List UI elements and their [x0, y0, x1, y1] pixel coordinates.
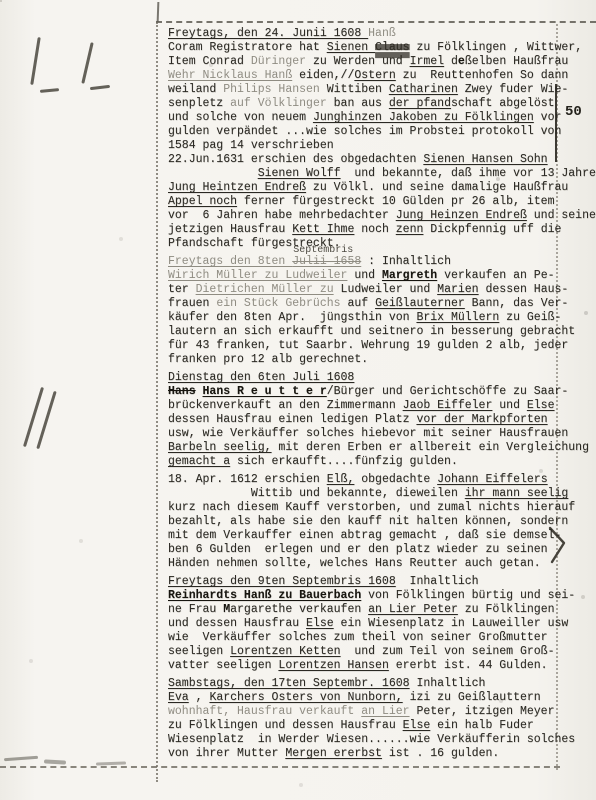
text-line: von ihrer Mutter Mergen ererbst ist . 16… [168, 747, 596, 761]
text-segment: wie Verkäuffer solches zum theil von sei… [168, 631, 548, 644]
text-segment: Peter, itzigen Meyer [410, 705, 555, 718]
text-segment: bezahlt, als habe sie den kauff nit halt… [168, 515, 568, 528]
text-segment: Coram Registratore hat [168, 41, 327, 54]
text-segment: Kett Ihme [292, 223, 354, 236]
document-text: Freytags, den 24. Junii 1608 HanßCoram R… [168, 27, 596, 765]
text-line: Wiesenplatz in Werder Wiesen......wie Ve… [168, 733, 596, 747]
text-segment: gemacht a [168, 455, 230, 468]
text-segment: 18. Apr. 1612 erschien [168, 473, 327, 486]
text-segment: ein Stück Gebrüchs [216, 297, 340, 310]
text-segment: ben 6 Gulden erlegen und er den platz wi… [168, 543, 548, 556]
margin-mark-dash [40, 88, 59, 93]
text-segment: wohnhaft, Hausfrau verkauft [168, 705, 361, 718]
text-segment: ban aus [327, 97, 389, 110]
text-segment: /Bürger und Gerichtschöffe zu Saar- [327, 385, 569, 398]
text-segment: Junghinzen Jakoben zu Fölklingen [313, 111, 534, 124]
text-segment: Else [306, 617, 334, 630]
text-segment: Claus [375, 41, 410, 54]
section: Freytags den 8ten SeptembrisJulii 1658 :… [168, 255, 596, 367]
text-segment: zu Fölklingen [458, 603, 555, 616]
text-line: Pfandschaft fürgestreckt. [168, 237, 596, 251]
text-segment: e [458, 55, 465, 68]
text-segment: Sienen Wolff [258, 167, 341, 180]
text-segment: Freytags, den 24. Junii 1608 [168, 27, 368, 40]
text-segment: , [189, 691, 210, 704]
bottom-smudge [96, 761, 126, 765]
text-line: Coram Registratore hat Sienen Claus zu F… [168, 41, 596, 55]
text-segment: d [444, 55, 458, 68]
text-segment: Item Conrad [168, 55, 251, 68]
text-line: Hans Hans R e u t t e r/Bürger und Geric… [168, 385, 596, 399]
text-line: Freytags den 8ten SeptembrisJulii 1658 :… [168, 255, 596, 269]
paper-speckles [0, 0, 2, 2]
text-segment: Else [403, 719, 431, 732]
text-segment: und [347, 269, 382, 282]
text-segment: Appel noch [168, 195, 237, 208]
text-segment [168, 487, 251, 500]
text-segment: Ludweiler und [334, 283, 438, 296]
text-segment: kurz nach diesem Kauff verstorben, und z… [168, 501, 575, 514]
text-line: gemacht a sich erkaufft....fünfzig gulde… [168, 455, 596, 469]
text-segment: ferner fürgestreckt 10 Gülden pr 26 alb,… [237, 195, 554, 208]
text-segment [168, 167, 258, 180]
bottom-border-line [0, 766, 560, 768]
text-segment: seeligen [168, 645, 230, 658]
text-line: Jung Heintzen Endreß zu Völkl. und seine… [168, 181, 596, 195]
text-segment: Mergen ererbst [285, 747, 382, 760]
margin-mark-stroke [81, 42, 93, 84]
text-segment: Sienen Hansen Sohn [423, 153, 547, 166]
text-segment: Düringer [251, 55, 306, 68]
text-segment: Barbeln seelig, [168, 441, 272, 454]
text-line: Wittib und bekannte, dieweilen ihr mann … [168, 487, 596, 501]
text-line: usw, wie Verkäuffer solches hiebevor mit… [168, 427, 596, 441]
bottom-smudge [44, 759, 66, 764]
text-line: Wirich Müller zu Ludweiler und Margreth … [168, 269, 596, 283]
text-line: 18. Apr. 1612 erschien Elß, obgedachte J… [168, 473, 596, 487]
text-segment: izi zu Geißlauttern [403, 691, 541, 704]
text-segment: und zum Teil von seinem Groß- [341, 645, 555, 658]
text-line: bezahlt, als habe sie den kauff nit halt… [168, 515, 596, 529]
text-segment: Karchers Osters von Nunborn, [209, 691, 402, 704]
text-line: Freytags den 9ten Septembris 1608 Inhalt… [168, 575, 596, 589]
text-segment: Sienen [327, 41, 375, 54]
text-line: Freytags, den 24. Junii 1608 Hanß [168, 27, 596, 41]
text-segment: und dessen Hausfrau [168, 617, 306, 630]
text-segment: Elß, [327, 473, 355, 486]
text-segment: usw, wie Verkäuffer solches hiebevor mit… [168, 427, 568, 440]
text-segment: schaft abgelöst [451, 97, 555, 110]
text-segment: Geißlauterner [375, 297, 465, 310]
text-segment: dessen Hausfrau einen ledigen Platz [168, 413, 416, 426]
text-segment: Johann Eiffelers [437, 473, 547, 486]
text-segment: 1584 pag 14 verschrieben [168, 139, 334, 152]
text-segment: gulden verpändet ...wie solches im Probs… [168, 125, 561, 138]
text-segment: vatter seeligen [168, 659, 278, 672]
text-segment: dessen Haus- [479, 283, 569, 296]
text-segment: ter [168, 283, 196, 296]
text-segment: und seine [527, 209, 596, 222]
text-segment: lautern an sich erkaufft und seitnero in… [168, 325, 575, 338]
text-segment: für 43 franken, tut Saarbr. Wehrung 19 g… [168, 339, 568, 352]
text-segment: zu Fölklingen und dessen Hausfrau [168, 719, 403, 732]
text-segment: käufer den 8ten Apr. jüngsthin von [168, 311, 416, 324]
text-line: jetzigen Hausfrau Kett Ihme noch zenn Di… [168, 223, 596, 237]
text-segment: zu Völkl. und seine damalige Haußfrau [306, 181, 568, 194]
text-line: 1584 pag 14 verschrieben [168, 139, 596, 153]
text-segment: Philips Hansen [223, 83, 320, 96]
text-segment: brückenverkauft an den Zimmermann [168, 399, 403, 412]
text-segment: Lorentzen Hansen [278, 659, 388, 672]
text-segment: Bann, das Ver- [465, 297, 569, 310]
text-segment: ein Wiesenplatz in Lauweiller usw [334, 617, 569, 630]
text-line: ben 6 Gulden erlegen und er den platz wi… [168, 543, 596, 557]
text-segment: Inhaltlich [396, 575, 479, 588]
text-segment: Else [527, 399, 555, 412]
text-line: käufer den 8ten Apr. jüngsthin von Brix … [168, 311, 596, 325]
text-line: senpletz auf Völklinger ban aus der pfan… [168, 97, 596, 111]
text-segment: auf Völklinger [230, 97, 327, 110]
section: Dienstag den 6ten Juli 1608Hans Hans R e… [168, 371, 596, 469]
text-segment: Inhaltlich [410, 677, 486, 690]
text-line: dessen Hausfrau einen ledigen Platz vor … [168, 413, 596, 427]
text-segment: mit deren Erben er allbereit ein Verglei… [272, 441, 589, 454]
text-segment: Wirich Müller zu Ludweiler [168, 269, 347, 282]
scanned-document-page: 50 Freytags, den 24. Junii 1608 HanßCora… [0, 0, 596, 800]
text-segment: ererbt ist. 44 Gulden. [389, 659, 548, 672]
text-segment: Irmel [410, 55, 445, 68]
text-segment: ne Frau [168, 603, 223, 616]
text-line: vor 6 Jahren habe mehrbedachter Jung Hei… [168, 209, 596, 223]
text-segment: auf [341, 297, 376, 310]
text-segment: Wittib und bekannte, dieweilen [251, 487, 465, 500]
text-segment: vor 6 Jahren habe mehrbedachter [168, 209, 396, 222]
corner-tick-mark [157, 2, 160, 22]
text-segment: Dickpfennig uff die [423, 223, 561, 236]
text-line: für 43 franken, tut Saarbr. Wehrung 19 g… [168, 339, 596, 353]
text-segment: sich erkaufft....fünfzig gulden. [230, 455, 458, 468]
text-line: Dienstag den 6ten Juli 1608 [168, 371, 596, 385]
text-line: vatter seeligen Lorentzen Hansen ererbt … [168, 659, 596, 673]
text-line: und solche von neuem Junghinzen Jakoben … [168, 111, 596, 125]
text-line: zu Fölklingen und dessen Hausfrau Else e… [168, 719, 596, 733]
text-segment: Inhaltlich [382, 255, 451, 268]
text-segment: Dienstag den 6ten Juli 1608 [168, 371, 354, 384]
text-segment: vor der Markpforten [416, 413, 547, 426]
text-line: ne Frau Margarethe verkaufen an Lier Pet… [168, 603, 596, 617]
text-segment: ist . 16 gulden. [382, 747, 499, 760]
text-segment: ßelben Haußfrau [465, 55, 569, 68]
text-segment: an Lier [361, 705, 409, 718]
text-segment: an Lier Peter [368, 603, 458, 616]
text-segment: Händen nehmen sollte, welches Hans Reutt… [168, 557, 541, 570]
text-segment: Eva [168, 691, 189, 704]
text-line: und dessen Hausfrau Else ein Wiesenplatz… [168, 617, 596, 631]
text-segment: Freytags den 9ten Septembris 1608 [168, 575, 396, 588]
text-segment: Brix Müllern [416, 311, 499, 324]
text-segment: Marien [437, 283, 478, 296]
left-border-line [156, 22, 158, 782]
text-segment [196, 385, 203, 398]
text-line: Wehr Nicklaus Hanß eiden,//Ostern zu Reu… [168, 69, 596, 83]
text-segment: zu Geiß- [499, 311, 561, 324]
text-segment: Hans R e u t t e r [203, 385, 327, 398]
text-segment: ihr mann seelig [465, 487, 569, 500]
text-segment: mit dem Verkauffer einen abtrag gemacht … [168, 529, 561, 542]
text-segment: vor [534, 111, 562, 124]
text-segment: Ostern [354, 69, 395, 82]
text-line: Appel noch ferner fürgestreckt 10 Gülden… [168, 195, 596, 209]
text-line: gulden verpändet ...wie solches im Probs… [168, 125, 596, 139]
text-segment: Margreth [382, 269, 437, 282]
section: Freytags, den 24. Junii 1608 HanßCoram R… [168, 27, 596, 251]
top-border-line [156, 21, 596, 23]
text-segment: Jung Heinzen Endreß [396, 209, 527, 222]
text-segment: frauen [168, 297, 216, 310]
text-segment: zu Fölklingen , Wittwer, [410, 41, 583, 54]
text-line: weiland Philips Hansen Wittiben Catharin… [168, 83, 596, 97]
text-line: ter Dietrichen Müller zu Ludweiler und M… [168, 283, 596, 297]
text-segment: der pfand [389, 97, 451, 110]
text-line: 22.Jun.1631 erschien des obgedachten Sie… [168, 153, 596, 167]
text-segment: franken pro 12 alb gerechnet. [168, 353, 368, 366]
text-line: seeligen Lorentzen Ketten und zum Teil v… [168, 645, 596, 659]
text-segment: Wittiben [320, 83, 389, 96]
text-segment: ein halb Fuder [430, 719, 534, 732]
text-line: Item Conrad Düringer zu Werden und Irmel… [168, 55, 596, 69]
text-segment: von Fölklingen bürtig und sei- [361, 589, 575, 602]
text-line: Barbeln seelig, mit deren Erben er allbe… [168, 441, 596, 455]
text-line: franken pro 12 alb gerechnet. [168, 353, 596, 367]
text-line: Sambstags, den 17ten Septembr. 1608 Inha… [168, 677, 596, 691]
text-segment: Jaob Eiffeler [403, 399, 493, 412]
text-segment: weiland [168, 83, 223, 96]
text-line: wie Verkäuffer solches zum theil von sei… [168, 631, 596, 645]
text-line: Reinhardts Hanß zu Bauerbach von Fölklin… [168, 589, 596, 603]
text-segment: und bekannte, daß ihme vor 13 Jahren [341, 167, 596, 180]
section: Freytags den 9ten Septembris 1608 Inhalt… [168, 575, 596, 673]
text-segment: von ihrer Mutter [168, 747, 285, 760]
section: Sambstags, den 17ten Septembr. 1608 Inha… [168, 677, 596, 761]
text-segment: jetzigen Hausfrau [168, 223, 292, 236]
text-segment: noch [354, 223, 395, 236]
text-segment: Catharinen [389, 83, 458, 96]
text-segment: argarethe verkaufen [230, 603, 368, 616]
margin-mark-stroke [30, 37, 40, 85]
text-segment: 22.Jun.1631 erschien des obgedachten [168, 153, 423, 166]
text-segment: Hanß [368, 27, 396, 40]
text-segment: SeptembrisJulii 1658 [292, 255, 361, 268]
text-segment: eiden,// [292, 69, 354, 82]
text-line: mit dem Verkauffer einen abtrag gemacht … [168, 529, 596, 543]
text-segment: : [361, 255, 382, 268]
text-segment: und solche von neuem [168, 111, 313, 124]
margin-mark-dash [90, 85, 110, 90]
text-segment: Sambstags, den 17ten Septembr. 1608 [168, 677, 410, 690]
text-segment: verkaufen an Pe- [437, 269, 554, 282]
text-line: Eva , Karchers Osters von Nunborn, izi z… [168, 691, 596, 705]
text-segment: Reinhardts Hanß zu Bauerbach [168, 589, 361, 602]
bottom-smudge [4, 756, 38, 761]
text-line: kurz nach diesem Kauff verstorben, und z… [168, 501, 596, 515]
text-segment: Wehr Nicklaus Hanß [168, 69, 292, 82]
text-segment: Hans [168, 385, 196, 398]
text-line: Sienen Wolff und bekannte, daß ihme vor … [168, 167, 596, 181]
text-segment: Jung Heintzen Endreß [168, 181, 306, 194]
text-segment: Freytags den 8ten [168, 255, 292, 268]
text-line: Händen nehmen sollte, welches Hans Reutt… [168, 557, 596, 571]
text-segment: obgedachte [354, 473, 437, 486]
text-segment: Wiesenplatz in Werder Wiesen......wie Ve… [168, 733, 575, 746]
text-segment: und [492, 399, 527, 412]
interlinear-correction: Septembris [293, 246, 353, 256]
text-segment: senpletz [168, 97, 230, 110]
text-segment: zenn [396, 223, 424, 236]
text-segment: zu Reuttenhofen So dann [396, 69, 569, 82]
section: 18. Apr. 1612 erschien Elß, obgedachte J… [168, 473, 596, 571]
text-segment: Lorentzen Ketten [230, 645, 340, 658]
text-line: lautern an sich erkaufft und seitnero in… [168, 325, 596, 339]
text-line: brückenverkauft an den Zimmermann Jaob E… [168, 399, 596, 413]
text-segment: Dietrichen Müller zu [196, 283, 334, 296]
text-segment: Zwey fuder Wie- [458, 83, 568, 96]
text-segment: zu Werden und [306, 55, 410, 68]
text-line: wohnhaft, Hausfrau verkauft an Lier Pete… [168, 705, 596, 719]
text-line: frauen ein Stück Gebrüchs auf Geißlauter… [168, 297, 596, 311]
